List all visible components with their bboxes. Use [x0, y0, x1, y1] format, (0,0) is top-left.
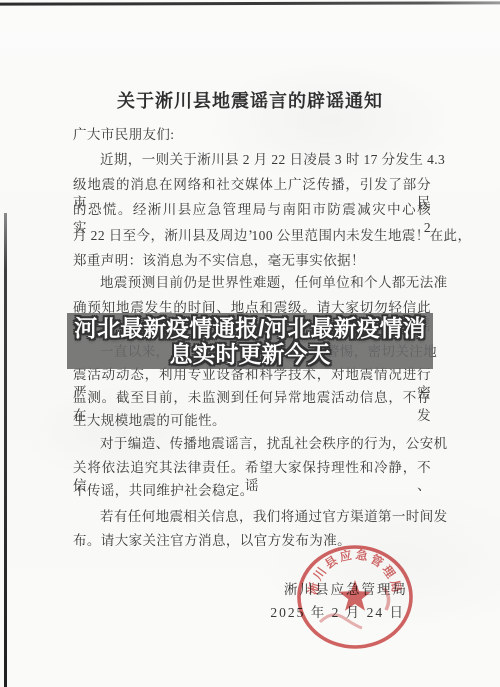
body-line: 关将依法追究其法律责任。希望大家保持理性和冷静，不信谣、 [73, 459, 431, 477]
body-line: 对于编造、传播地震谣言，扰乱社会秩序的行为，公安机 [73, 435, 431, 453]
body-line: 的恐慌。经淅川县应急管理局与南阳市防震减灾中心核实，2 [73, 201, 431, 219]
seal-star-icon [339, 580, 371, 611]
salutation: 广大市民朋友们: [73, 126, 431, 144]
banner-line-1: 河北最新疫情通报/河北最新疫情消 [74, 315, 425, 341]
scan-edge-top [0, 1, 500, 5]
body-line: 近期，一则关于淅川县 2 月 22 日凌晨 3 时 17 分发生 4.3 [73, 151, 431, 169]
body-line: 郑重声明：该消息为不实信息，毫无事实依据！ [73, 252, 431, 270]
official-seal: 淅川县应急管理局 [292, 540, 424, 658]
document-title: 关于淅川县地震谣言的辟谣通知 [0, 87, 500, 113]
body-line: 若有任何地震相关信息，我们将通过官方渠道第一时间发 [73, 508, 431, 526]
document-photo: 关于淅川县地震谣言的辟谣通知 广大市民朋友们: 近期，一则关于淅川县 2 月 2… [0, 0, 500, 687]
body-line: 级地震的消息在网络和社交媒体上广泛传播，引发了部分市民 [73, 176, 431, 194]
body-line: 监测。截至目前，未监测到任何异常地震活动信息，不存在发 [73, 389, 431, 407]
body-line: 地震预测目前仍是世界性难题，任何单位和个人都无法准 [73, 274, 431, 292]
body-line: 月 22 日至今，淅川县及周边 100 公里范围内未发生地震！在此， [73, 227, 431, 245]
overlay-text-banner: 河北最新疫情通报/河北最新疫情消 息实时更新今天 [67, 313, 433, 369]
body-line: 不传谣，共同维护社会稳定。 [73, 482, 431, 500]
scan-edge-left [4, 213, 7, 687]
banner-line-2: 息实时更新今天 [170, 341, 331, 367]
body-line: 生大规模地震的可能性。 [73, 412, 431, 430]
